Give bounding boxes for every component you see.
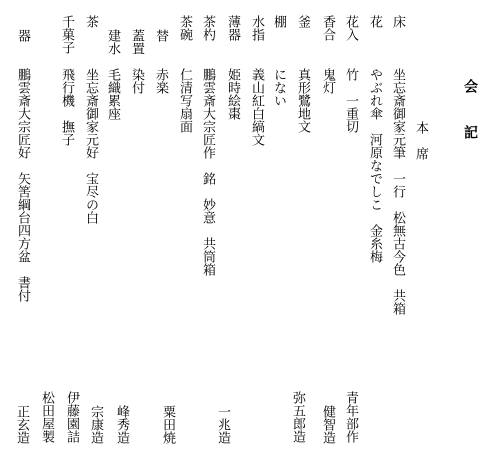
- item-label: 棚: [271, 15, 285, 28]
- item-content: 赤楽: [153, 68, 167, 94]
- item-content: 仁清写扇面: [177, 68, 191, 133]
- section-heading: 本 席: [413, 121, 427, 160]
- item-content: にない: [271, 68, 285, 107]
- item-maker: 宗康造: [88, 405, 102, 444]
- item-maker: 峰秀造: [114, 405, 128, 444]
- item-content: 鵬雲斎大宗匠好 矢筈綱台四方盆 書付: [15, 68, 29, 302]
- item-content: やぶれ傘 河原なでしこ 金糸梅: [367, 68, 381, 263]
- item-label: 釜: [295, 15, 309, 28]
- item-label: 建水: [105, 29, 119, 55]
- item-label: 替: [153, 29, 167, 42]
- document-title-first: 会: [463, 79, 477, 93]
- item-content: 鵬雲斎大宗匠作 銘 妙意 共筒箱: [200, 68, 214, 276]
- item-maker: 一兆造: [215, 405, 229, 444]
- item-content: 坐忘斎御家元好 宝尽の白: [83, 68, 97, 224]
- document-title-second: 記: [463, 125, 477, 139]
- item-maker: 伊藤園詰: [64, 391, 78, 443]
- item-content: 染付: [129, 68, 143, 94]
- item-label: 茶杓: [200, 15, 214, 41]
- item-content: 毛織累座: [105, 68, 119, 120]
- item-content: 義山紅白縞文: [249, 68, 263, 146]
- item-label: 蓋置: [129, 29, 143, 55]
- item-content: 真形鷺地文: [295, 68, 309, 133]
- item-label: 茶碗: [177, 15, 191, 41]
- item-content: 竹 一重切: [343, 68, 357, 133]
- item-maker: 粟田焼: [160, 405, 174, 444]
- item-label: 花: [367, 15, 381, 28]
- item-content: 姫時絵棗: [225, 68, 239, 120]
- item-maker: 青年部作: [343, 391, 357, 443]
- item-label: 器: [15, 29, 29, 42]
- item-maker: 健智造: [320, 405, 334, 444]
- item-label: 花入: [343, 15, 357, 41]
- item-label: 薄器: [225, 15, 239, 41]
- item-maker: 松田屋製: [39, 391, 53, 443]
- item-maker: 弥五郎造: [290, 391, 304, 443]
- item-label: 香合: [320, 15, 334, 41]
- item-maker: 正玄造: [14, 405, 28, 444]
- item-content: 鬼灯: [320, 68, 334, 94]
- item-content: 飛行機 撫子: [59, 68, 73, 146]
- item-content: 坐忘斎御家元筆 一行 松無古今色 共箱: [390, 68, 404, 315]
- item-label: 茶: [83, 15, 97, 28]
- item-label: 床: [390, 15, 404, 28]
- item-label: 千菓子: [59, 15, 73, 54]
- item-label: 水指: [249, 15, 263, 41]
